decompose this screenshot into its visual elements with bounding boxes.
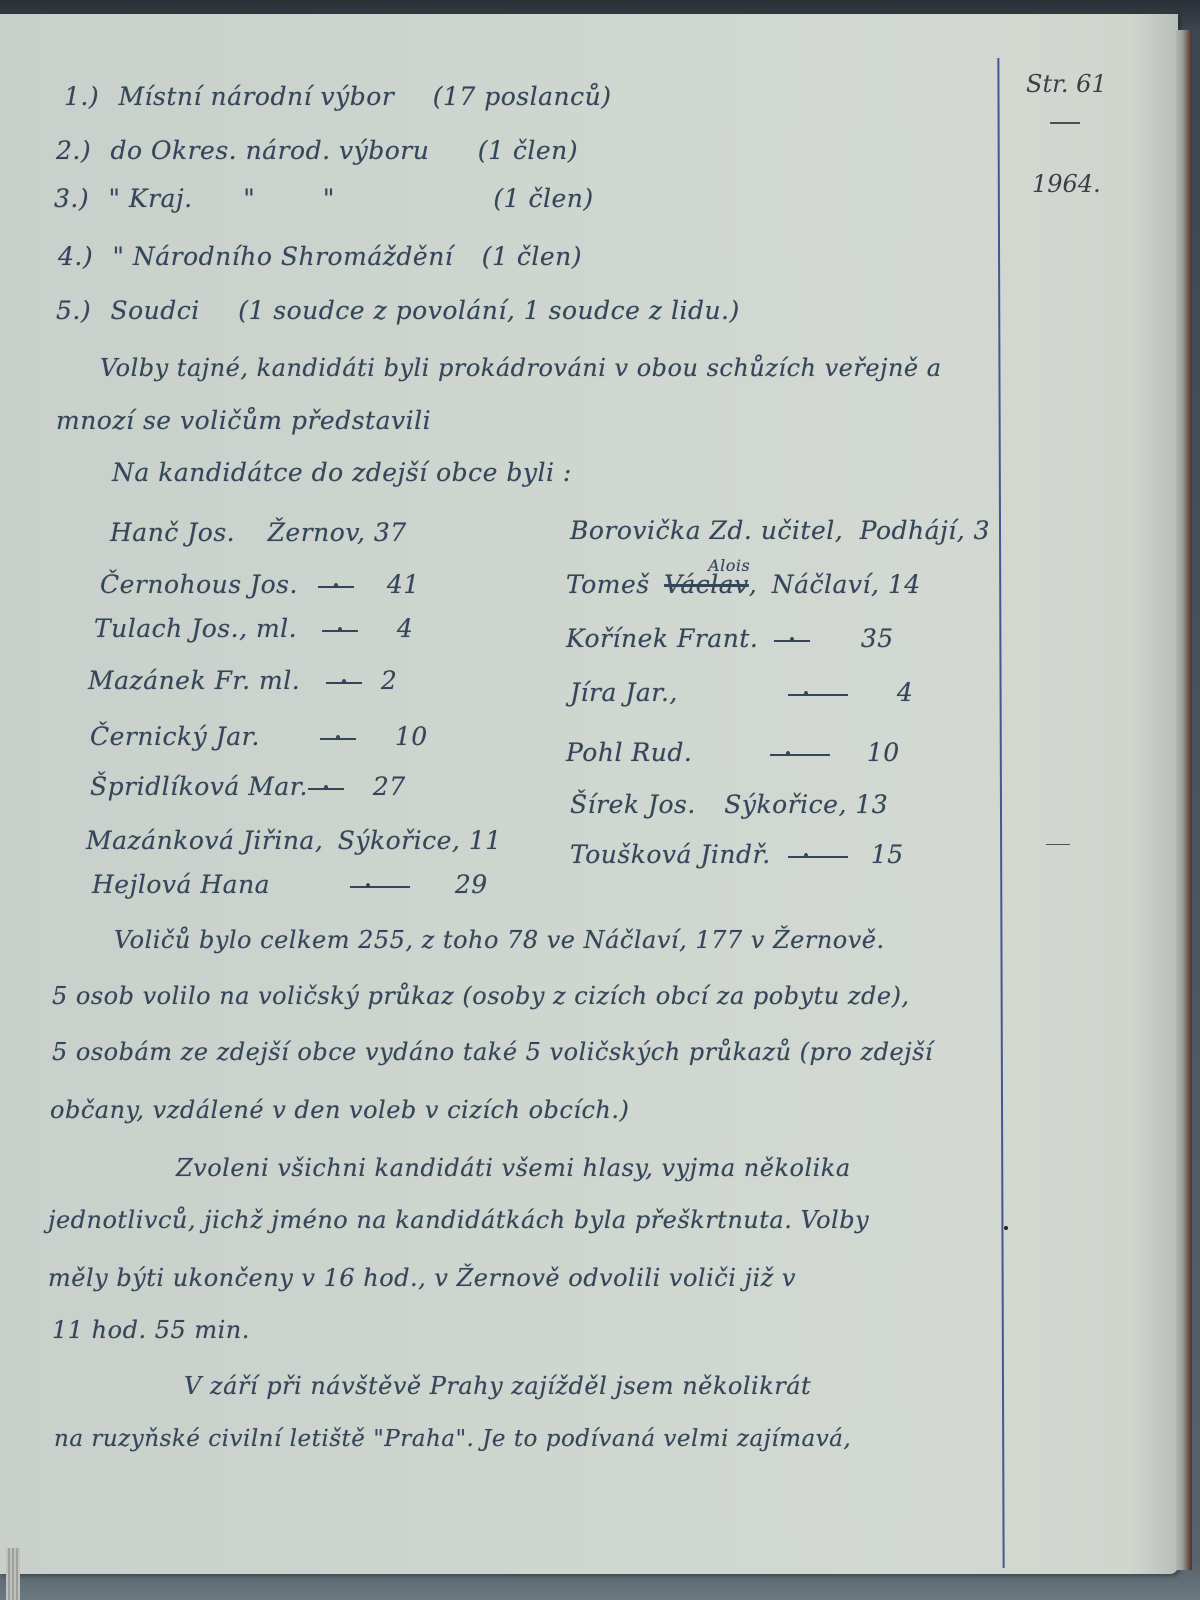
- paragraph-secret-line-2: mnozí se voličům představili: [56, 406, 431, 435]
- candidate-row: Hejlová Hana 29: [92, 870, 488, 899]
- candidate-name: Toušková Jindř.: [570, 840, 780, 869]
- election-item-5: 5.) Soudci (1 soudce z povolání, 1 soudc…: [56, 296, 740, 325]
- paragraph-prague-line-2: na ruzyňské civilní letiště "Praha". Je …: [54, 1426, 851, 1452]
- item-note: (1 člen): [478, 136, 578, 165]
- candidate-name: Černický Jar.: [90, 722, 312, 751]
- ditto-mark: [320, 738, 356, 740]
- candidate-place: Sýkořice,: [724, 790, 847, 819]
- ditto-mark: [308, 788, 344, 790]
- candidate-name: Pohl Rud.: [566, 738, 762, 767]
- candidate-house-number: 10: [867, 738, 900, 767]
- ditto-mark: [326, 682, 362, 684]
- bookmark-ribbon: [6, 1548, 20, 1600]
- election-item-4: 4.) " Národního Shromáždění (1 člen): [58, 242, 582, 271]
- paragraph-voters-line-4: občany, vzdálené v den voleb v cizích ob…: [50, 1096, 629, 1124]
- paragraph-voters-line-3: 5 osobám ze zdejší obce vydáno také 5 vo…: [52, 1038, 933, 1066]
- paragraph-prague-line-1: V září při návštěvě Prahy zajížděl jsem …: [184, 1372, 811, 1400]
- candidate-row: Borovička Zd. učitel, Podhájí, 3: [570, 516, 990, 545]
- year-label: 1964.: [1032, 170, 1101, 198]
- candidate-name: Tulach Jos., ml.: [94, 614, 314, 643]
- candidate-row: Černohous Jos. 41: [100, 570, 420, 599]
- candidate-name: Borovička Zd. učitel,: [570, 516, 843, 545]
- candidate-place: Podhájí,: [860, 516, 966, 545]
- ditto-mark: [322, 630, 358, 632]
- ledger-page: Str. 61 1964. 1.) Místní národní výbor (…: [0, 14, 1178, 1574]
- candidate-name: Tomeš: [566, 570, 650, 599]
- ditto-mark: [770, 754, 830, 756]
- candidate-name: Mazánková Jiřina,: [86, 826, 323, 855]
- candidate-row: Jíra Jar., 4: [570, 678, 913, 707]
- candidate-house-number: 11: [469, 826, 502, 855]
- paragraph-elected-line-3: měly býti ukončeny v 16 hod., v Žernově …: [48, 1264, 796, 1292]
- margin-dot-mark: [1004, 1226, 1008, 1230]
- item-text: " Kraj. " ": [108, 184, 334, 213]
- candidate-name: Špridlíková Mar.: [90, 772, 300, 801]
- candidate-name: Mazánek Fr. ml.: [88, 666, 318, 695]
- item-note: (17 poslanců): [433, 82, 612, 111]
- item-note: (1 člen): [482, 242, 582, 271]
- candidate-house-number: 4: [897, 678, 913, 707]
- margin-rule-line: [997, 58, 1004, 1568]
- candidate-row: Špridlíková Mar. 27: [90, 772, 406, 801]
- corrected-first-name: Václav Alois: [664, 570, 749, 599]
- candidate-name: Černohous Jos.: [100, 570, 310, 599]
- ditto-mark: [318, 586, 354, 588]
- candidate-house-number: 10: [395, 722, 428, 751]
- candidate-house-number: 15: [871, 840, 904, 869]
- candidate-house-number: 3: [974, 516, 990, 545]
- ditto-mark: [788, 694, 848, 696]
- item-number: 1.): [64, 82, 110, 111]
- paragraph-secret-line-1: Volby tajné, kandidáti byli prokádrováni…: [100, 354, 942, 382]
- candidate-row: Pohl Rud. 10: [566, 738, 900, 767]
- paragraph-elected-line-1: Zvoleni všichni kandidáti všemi hlasy, v…: [176, 1154, 851, 1182]
- candidate-name: Jíra Jar.,: [570, 678, 780, 707]
- election-item-3: 3.) " Kraj. " " (1 člen): [54, 184, 594, 213]
- paragraph-voters-line-1: Voličů bylo celkem 255, z toho 78 ve Náč…: [114, 926, 885, 954]
- item-number: 3.): [54, 184, 100, 213]
- candidate-row: Tomeš Václav Alois , Náčlaví, 14: [566, 570, 921, 599]
- election-item-1: 1.) Místní národní výbor (17 poslanců): [64, 82, 612, 111]
- candidate-name: Hejlová Hana: [92, 870, 342, 899]
- paragraph-elected-line-2: jednotlivců, jichž jméno na kandidátkách…: [48, 1206, 869, 1234]
- candidate-house-number: 4: [397, 614, 413, 643]
- paragraph-voters-line-2: 5 osob volilo na voličský průkaz (osoby …: [52, 982, 910, 1010]
- ditto-mark: [788, 856, 848, 858]
- candidate-row: Šírek Jos. Sýkořice, 13: [570, 790, 888, 819]
- page-stack-edge: [1176, 30, 1192, 1570]
- candidate-row: Černický Jar. 10: [90, 722, 428, 751]
- candidate-row: Tulach Jos., ml. 4: [94, 614, 413, 643]
- item-text: do Okres. národ. výboru: [110, 136, 429, 165]
- candidate-house-number: 27: [373, 772, 406, 801]
- candidate-house-number: 2: [381, 666, 397, 695]
- candidates-heading: Na kandidátce do zdejší obce byli :: [112, 458, 572, 487]
- item-number: 2.): [56, 136, 102, 165]
- correction-name: Alois: [708, 556, 750, 575]
- margin-dash: [1050, 122, 1080, 124]
- page-number: Str. 61: [1026, 70, 1107, 98]
- margin-tick-mark: [1046, 844, 1070, 845]
- candidate-row: Mazánek Fr. ml. 2: [88, 666, 397, 695]
- candidate-name: Hanč Jos.: [110, 518, 235, 547]
- item-text: Soudci: [110, 296, 199, 325]
- candidate-house-number: 37: [374, 518, 407, 547]
- candidate-place: Sýkořice,: [338, 826, 461, 855]
- item-number: 5.): [56, 296, 102, 325]
- item-number: 4.): [58, 242, 104, 271]
- ditto-mark: [774, 640, 810, 642]
- candidate-house-number: 13: [855, 790, 888, 819]
- ditto-mark: [350, 886, 410, 888]
- candidate-house-number: 35: [861, 624, 894, 653]
- candidate-house-number: 29: [455, 870, 488, 899]
- election-item-2: 2.) do Okres. národ. výboru (1 člen): [56, 136, 578, 165]
- candidate-house-number: 41: [387, 570, 420, 599]
- item-text: Místní národní výbor: [118, 82, 394, 111]
- candidate-name: Kořínek Frant.: [566, 624, 766, 653]
- item-note: (1 soudce z povolání, 1 soudce z lidu.): [238, 296, 740, 325]
- candidate-house-number: 14: [888, 570, 921, 599]
- candidate-place: Žernov,: [268, 518, 366, 547]
- candidate-name: Šírek Jos.: [570, 790, 696, 819]
- candidate-row: Kořínek Frant. 35: [566, 624, 894, 653]
- paragraph-elected-line-4: 11 hod. 55 min.: [52, 1316, 250, 1344]
- item-note: (1 člen): [493, 184, 593, 213]
- item-text: " Národního Shromáždění: [112, 242, 453, 271]
- candidate-row: Mazánková Jiřina, Sýkořice, 11: [86, 826, 502, 855]
- candidate-place: Náčlaví,: [772, 570, 880, 599]
- candidate-row: Toušková Jindř. 15: [570, 840, 904, 869]
- candidate-row: Hanč Jos. Žernov, 37: [110, 518, 407, 547]
